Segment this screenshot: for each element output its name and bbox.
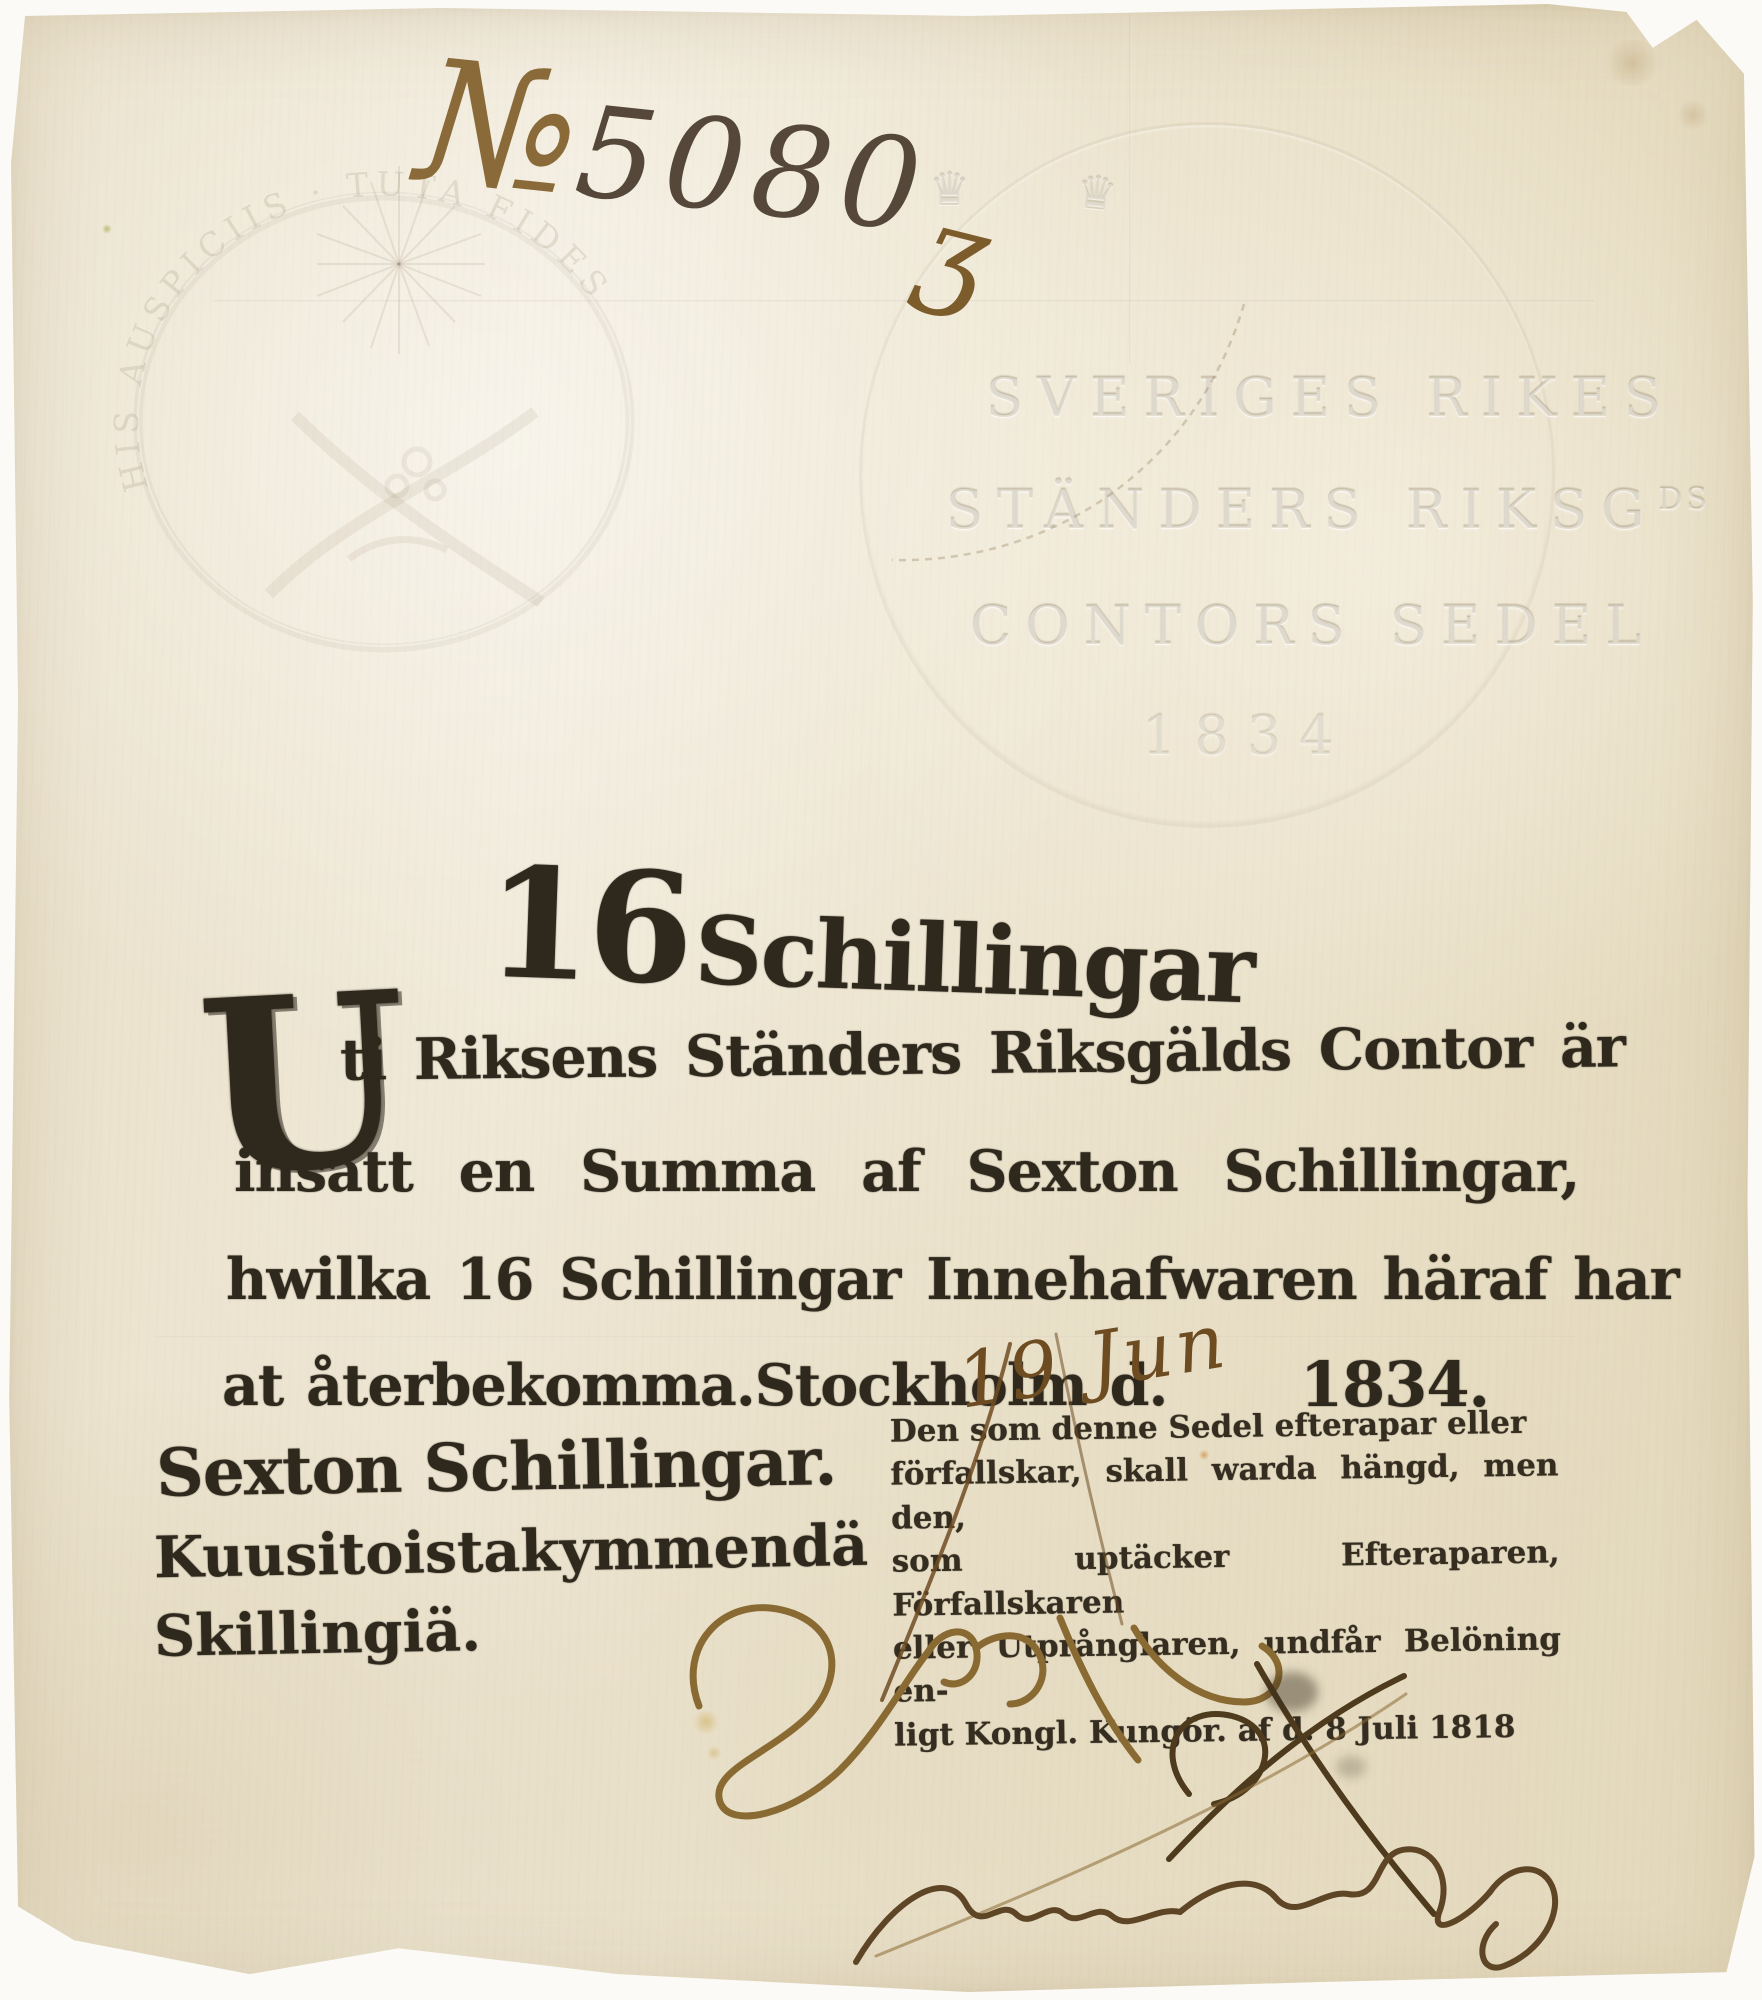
warning-line-4: eller Utprånglaren, undfår Belöning en- <box>893 1621 1561 1710</box>
serial-prefix: № <box>410 22 589 234</box>
denomination-text-line1: Sexton Schillingar. <box>155 1422 836 1512</box>
serial-digits: 5080 <box>569 78 935 261</box>
body-line-3: hwilka 16 Schillingar Innehafwaren häraf… <box>226 1246 1679 1313</box>
embossed-title-line3: CONTORS SEDEL <box>970 594 1655 657</box>
ink-smudge-small <box>1336 1756 1366 1778</box>
denomination-finnish-line2: Skillingiä. <box>153 1597 481 1670</box>
seal-center-ornament <box>269 412 541 602</box>
banknote-paper: HIS AUSPICIIS · TUTA FIDES <box>4 4 1758 1996</box>
warning-line-3: som uptäcker Efteraparen, Förfallskaren <box>891 1535 1559 1624</box>
warning-line-5: ligt Kongl. Kungör. af d. 8 Juli 1818 <box>894 1709 1516 1754</box>
warning-line-1: Den som denne Sedel efterapar eller <box>890 1405 1527 1450</box>
embossed-title-line2-sup: DS <box>1658 482 1711 517</box>
denomination-finnish-line1: Kuusitoistakymmendä <box>153 1512 868 1591</box>
body-line-2: insatt en Summa af Sexton Schillingar, <box>234 1138 1579 1205</box>
counterfeit-warning: Den som denne Sedel efterapar eller förf… <box>890 1401 1563 1757</box>
corner-stain-2 <box>1676 100 1710 130</box>
denomination-amount: 16 <box>483 833 693 1019</box>
scanned-banknote-page: HIS AUSPICIIS · TUTA FIDES <box>0 0 1762 2000</box>
body-line-1: ti Riksens Ständers Riksgälds Contor är <box>340 1013 1626 1093</box>
embossed-title-line2: STÄNDERS RIKSGDS <box>946 478 1711 541</box>
corner-stain <box>1602 40 1662 86</box>
warning-line-2: förfallskar, skall warda hängd, men den, <box>890 1448 1558 1537</box>
denomination-heading: 16Schillingar <box>483 833 1257 1039</box>
embossed-title-line2-main: STÄNDERS RIKSG <box>946 478 1658 541</box>
yellow-stain <box>692 1710 720 1734</box>
embossed-title-line1: SVERIGES RIKES <box>986 366 1675 429</box>
yellow-stain-small <box>706 1746 722 1760</box>
embossed-title-year: 1834 <box>1142 704 1351 767</box>
embossed-seal: HIS AUSPICIIS · TUTA FIDES <box>99 164 659 674</box>
denomination-unit: Schillingar <box>693 896 1255 1025</box>
fold-line-horizontal-mid <box>154 1336 1574 1339</box>
cashier-signature <box>856 1849 1555 1967</box>
embossed-crown-icon: ♛ <box>1073 164 1120 222</box>
